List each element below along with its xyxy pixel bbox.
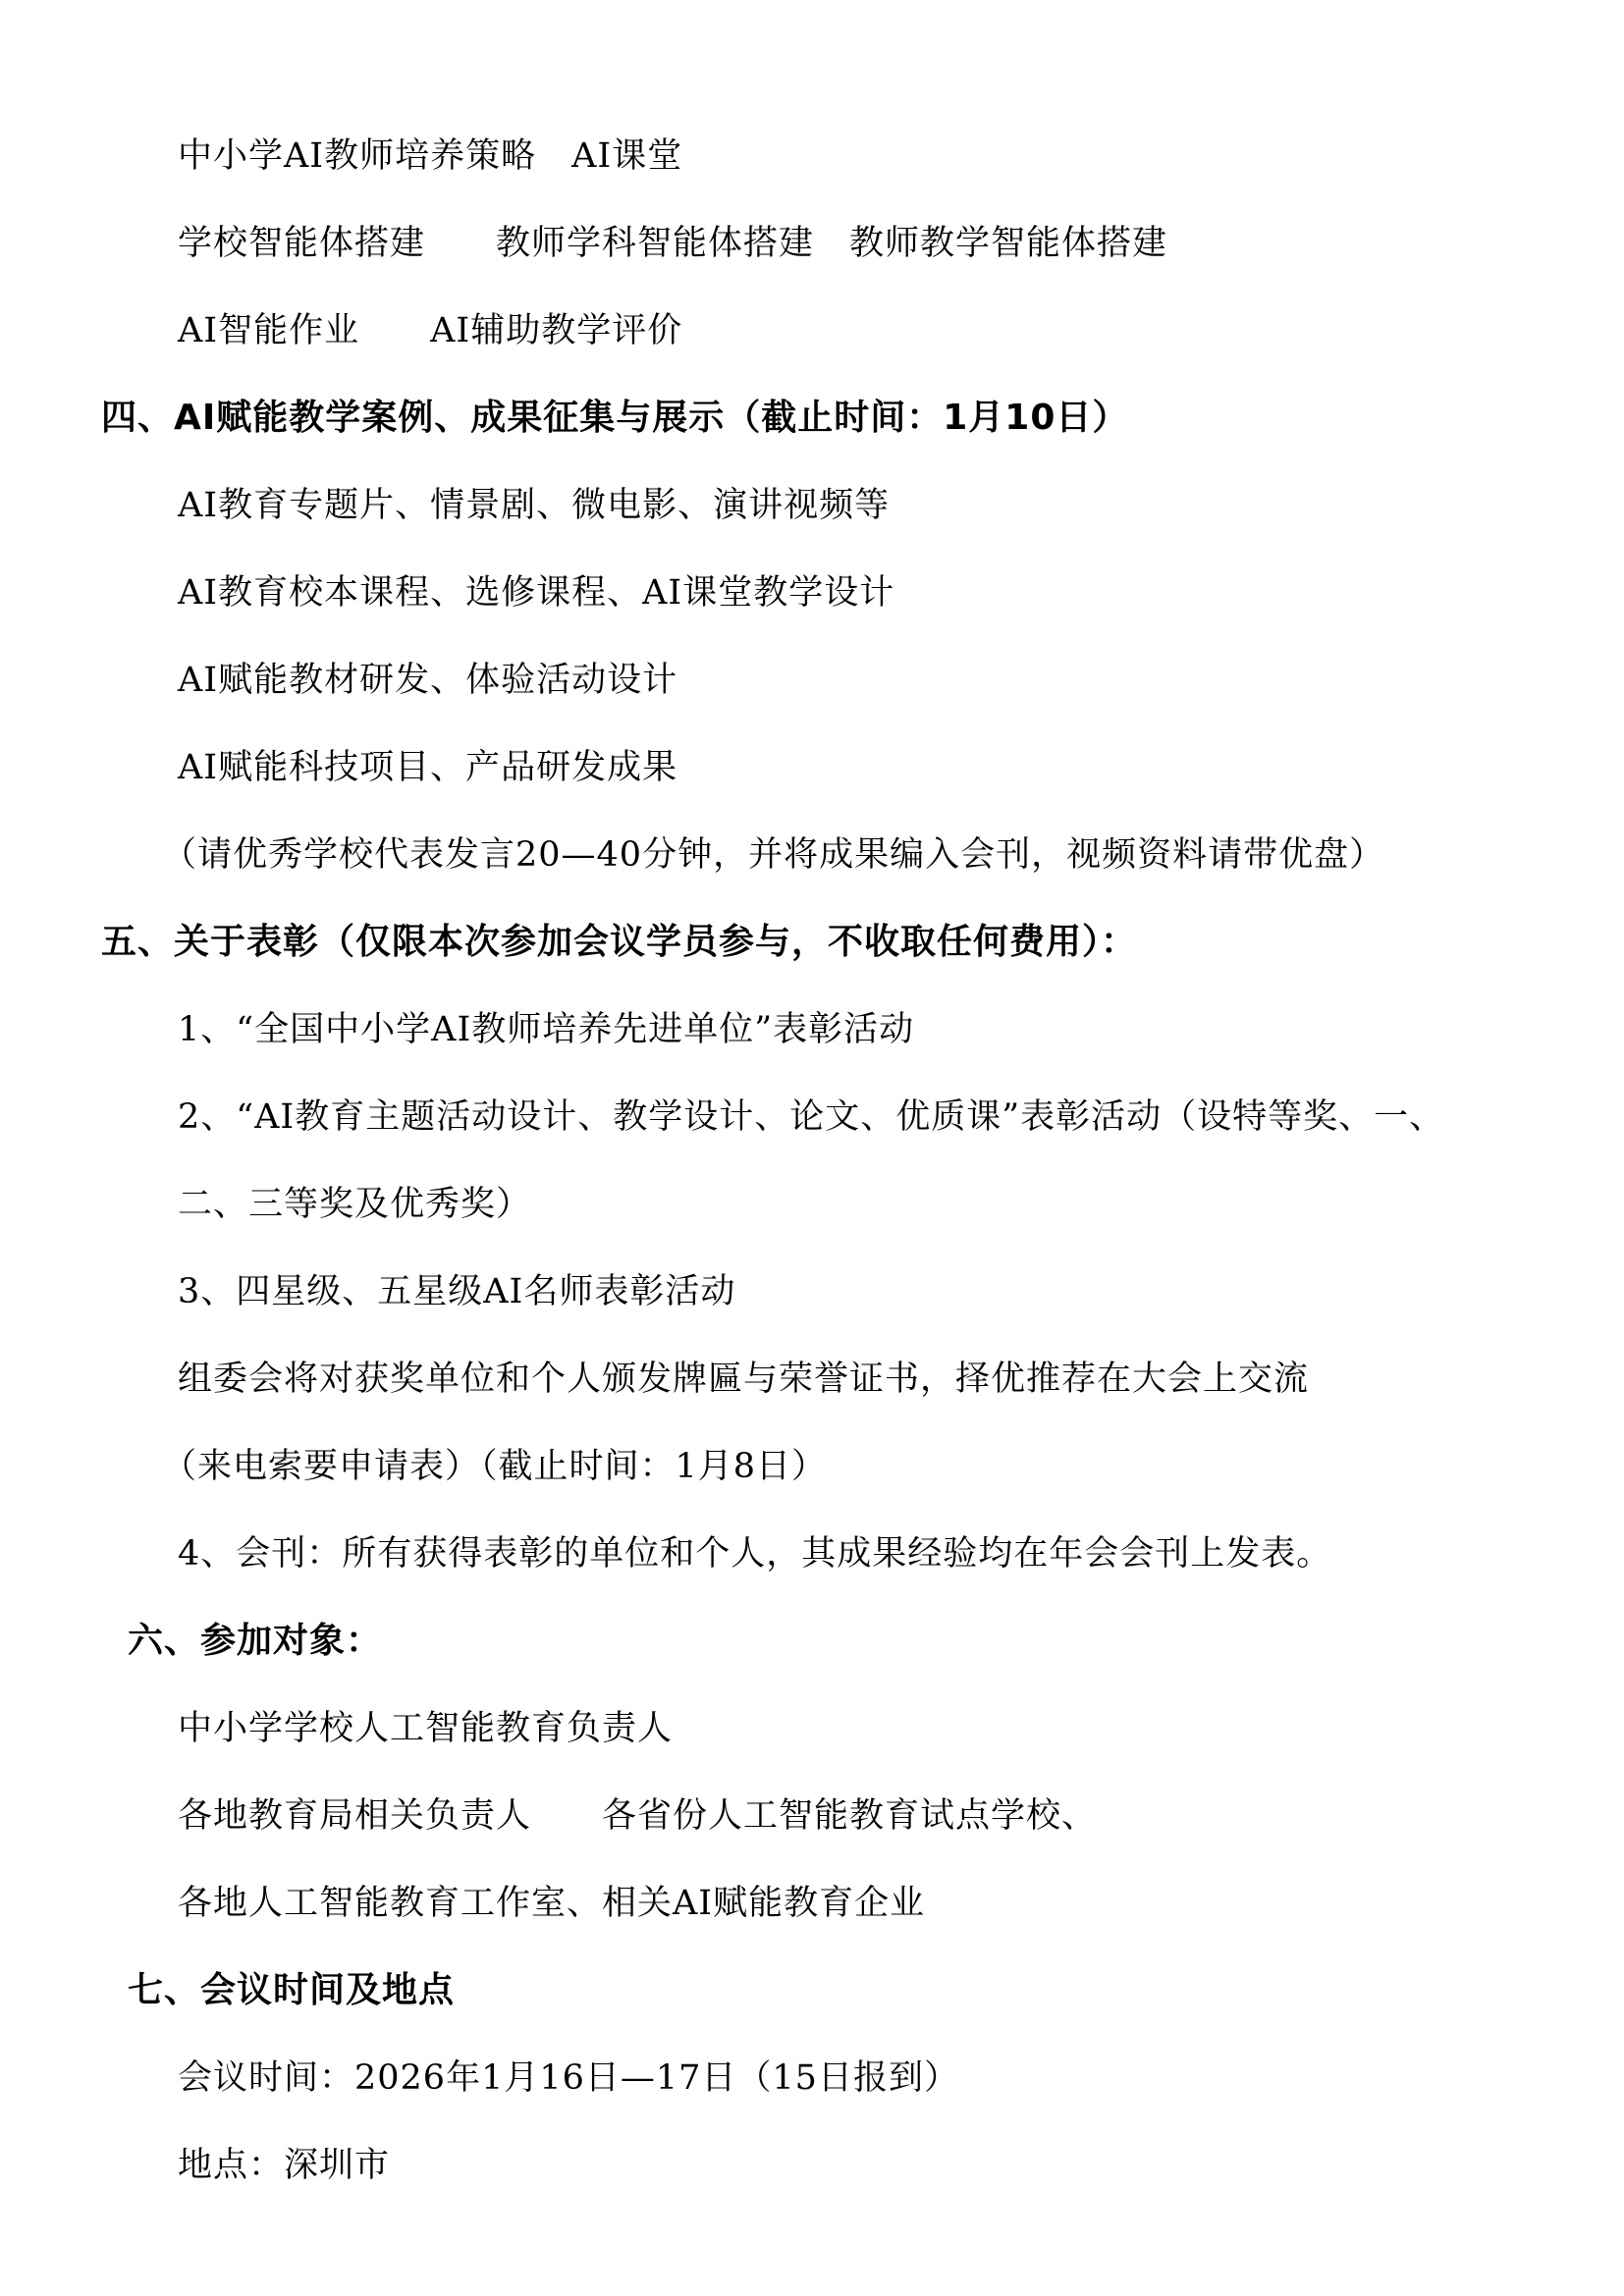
section-5-heading: 五、关于表彰（仅限本次参加会议学员参与，不收取任何费用）： bbox=[101, 921, 1137, 964]
topic-line-3: AI智能作业 AI辅助教学评价 bbox=[178, 309, 682, 352]
section-6-item: 中小学学校人工智能教育负责人 bbox=[178, 1707, 673, 1750]
section-5-item-1: 1、“全国中小学AI教师培养先进单位”表彰活动 bbox=[178, 1008, 914, 1051]
section-6-heading: 六、参加对象： bbox=[128, 1620, 382, 1663]
section-6-item: 各地教育局相关负责人 各省份人工智能教育试点学校、 bbox=[178, 1794, 1097, 1838]
topic-line-2: 学校智能体搭建 教师学科智能体搭建 教师教学智能体搭建 bbox=[178, 222, 1167, 265]
section-5-award-note: 组委会将对获奖单位和个人颁发牌匾与荣誉证书，择优推荐在大会上交流 bbox=[178, 1358, 1309, 1401]
section-4-note: （请优秀学校代表发言20—40分钟，并将成果编入会刊，视频资料请带优盘） bbox=[162, 833, 1384, 877]
section-5-item-2-line-2: 二、三等奖及优秀奖） bbox=[178, 1183, 531, 1226]
section-5-deadline: （来电索要申请表）（截止时间：1月8日） bbox=[162, 1445, 827, 1488]
section-4-item: AI赋能教材研发、体验活动设计 bbox=[178, 659, 677, 702]
section-5-item-4: 4、会刊：所有获得表彰的单位和个人，其成果经验均在年会会刊上发表。 bbox=[178, 1532, 1331, 1575]
section-4-heading: 四、AI赋能教学案例、成果征集与展示（截止时间：1月10日） bbox=[101, 397, 1128, 440]
section-6-item: 各地人工智能教育工作室、相关AI赋能教育企业 bbox=[178, 1882, 925, 1925]
section-5-item-2-line-1: 2、“AI教育主题活动设计、教学设计、论文、优质课”表彰活动（设特等奖、一、 bbox=[178, 1095, 1444, 1139]
meeting-place: 地点：深圳市 bbox=[178, 2144, 390, 2187]
section-5-item-3: 3、四星级、五星级AI名师表彰活动 bbox=[178, 1270, 735, 1313]
topic-line-1: 中小学AI教师培养策略 AI课堂 bbox=[178, 134, 682, 178]
section-4-item: AI赋能科技项目、产品研发成果 bbox=[178, 746, 677, 789]
meeting-time: 会议时间：2026年1月16日—17日（15日报到） bbox=[178, 2056, 959, 2100]
section-7-heading: 七、会议时间及地点 bbox=[128, 1969, 455, 2012]
section-4-item: AI教育校本课程、选修课程、AI课堂教学设计 bbox=[178, 571, 894, 614]
section-4-item: AI教育专题片、情景剧、微电影、演讲视频等 bbox=[178, 484, 890, 527]
